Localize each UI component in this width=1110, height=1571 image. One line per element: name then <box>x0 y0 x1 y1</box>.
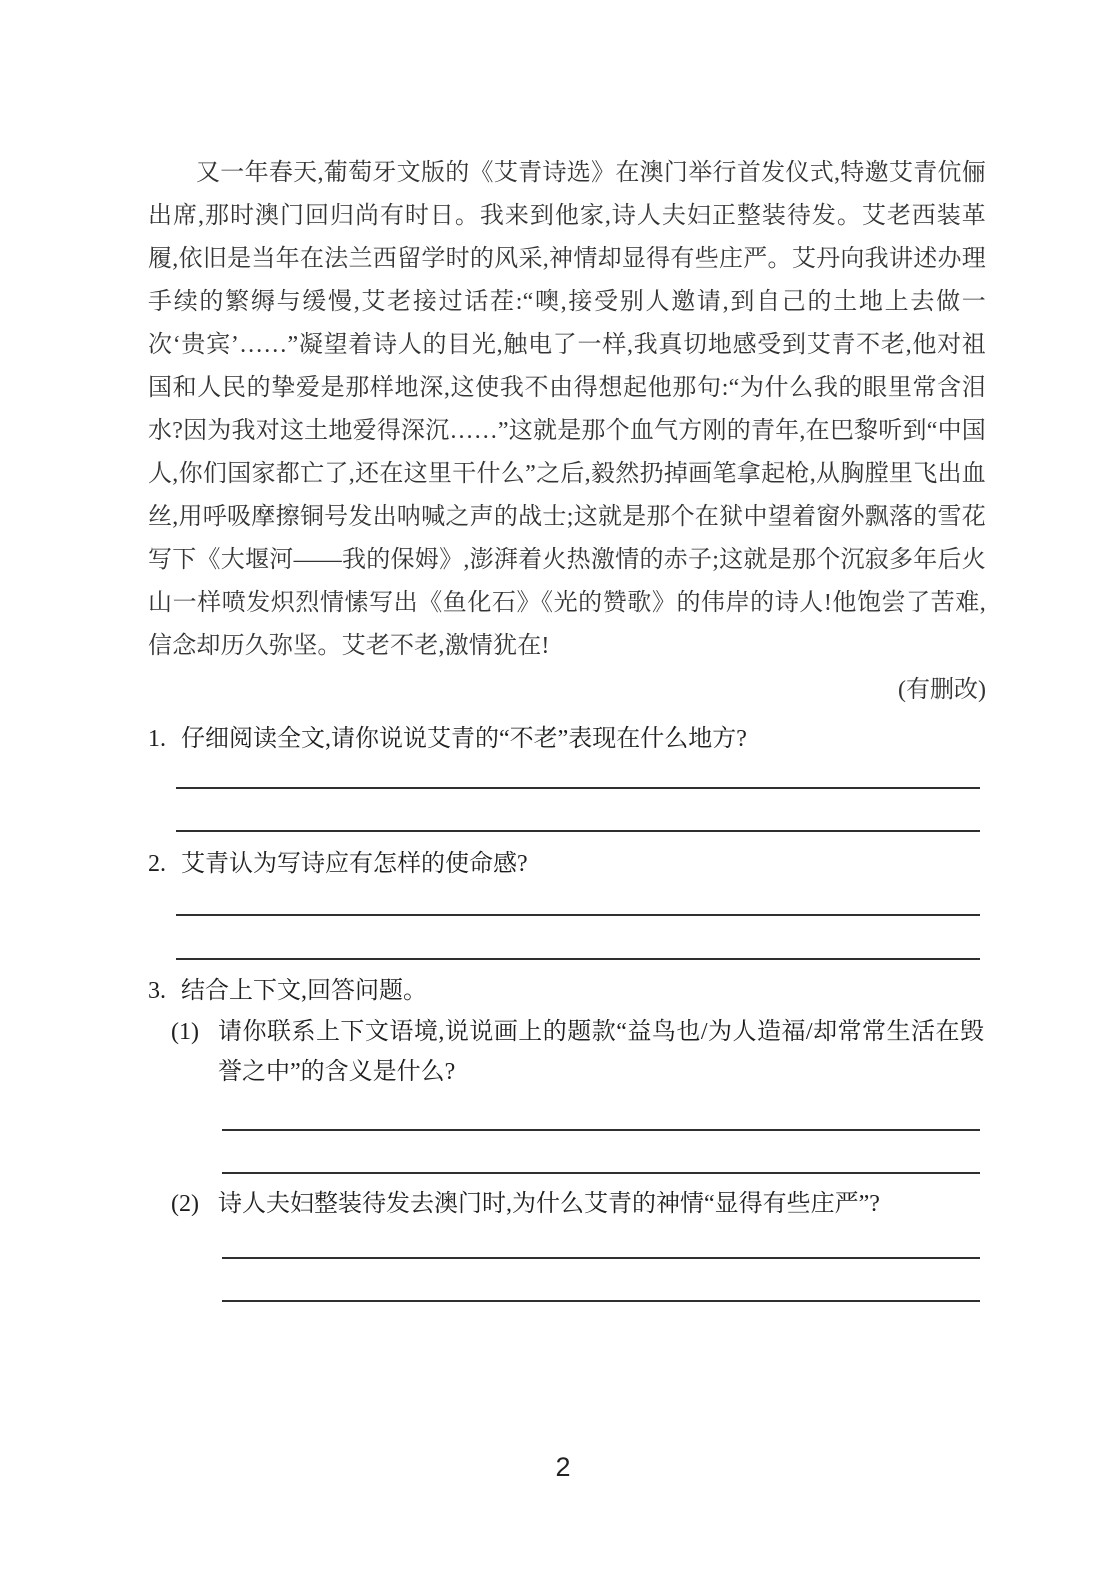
page-number: 2 <box>16 1452 1110 1483</box>
answer-blank-line <box>176 830 980 832</box>
question-3-sub-1-number: (1) <box>171 1012 218 1052</box>
passage-attribution: (有删改) <box>148 669 986 712</box>
answer-blank-line <box>176 787 980 789</box>
answer-blank-line <box>222 1257 980 1259</box>
question-2: 2. 艾青认为写诗应有怎样的使命感? <box>148 843 986 885</box>
question-3-sub-1: (1) 请你联系上下文语境,说说画上的题款“益鸟也/为人造福/却常常生活在毁誉之… <box>171 1012 984 1092</box>
answer-blank-line <box>176 958 980 960</box>
question-3-number: 3. <box>148 970 181 1012</box>
answer-blank-line <box>222 1300 980 1302</box>
question-1: 1. 仔细阅读全文,请你说说艾青的“不老”表现在什么地方? <box>148 718 986 760</box>
question-1-number: 1. <box>148 718 181 760</box>
question-3-text: 结合上下文,回答问题。 <box>181 970 986 1012</box>
question-3-sub-2-text: 诗人夫妇整装待发去澳门时,为什么艾青的神情“显得有些庄严”? <box>218 1184 984 1224</box>
question-2-number: 2. <box>148 843 181 885</box>
question-3-sub-2: (2) 诗人夫妇整装待发去澳门时,为什么艾青的神情“显得有些庄严”? <box>171 1184 984 1224</box>
answer-blank-line <box>222 1172 980 1174</box>
answer-blank-line <box>222 1129 980 1131</box>
question-3-sub-1-text: 请你联系上下文语境,说说画上的题款“益鸟也/为人造福/却常常生活在毁誉之中”的含… <box>218 1012 984 1092</box>
question-3-sub-2-number: (2) <box>171 1184 218 1224</box>
worksheet-page: 又一年春天,葡萄牙文版的《艾青诗选》在澳门举行首发仪式,特邀艾青伉俪出席,那时澳… <box>0 0 1110 1571</box>
question-1-text: 仔细阅读全文,请你说说艾青的“不老”表现在什么地方? <box>181 718 986 760</box>
question-3: 3. 结合上下文,回答问题。 <box>148 970 986 1012</box>
passage-paragraph: 又一年春天,葡萄牙文版的《艾青诗选》在澳门举行首发仪式,特邀艾青伉俪出席,那时澳… <box>148 152 986 668</box>
answer-blank-line <box>176 914 980 916</box>
question-2-text: 艾青认为写诗应有怎样的使命感? <box>181 843 986 885</box>
